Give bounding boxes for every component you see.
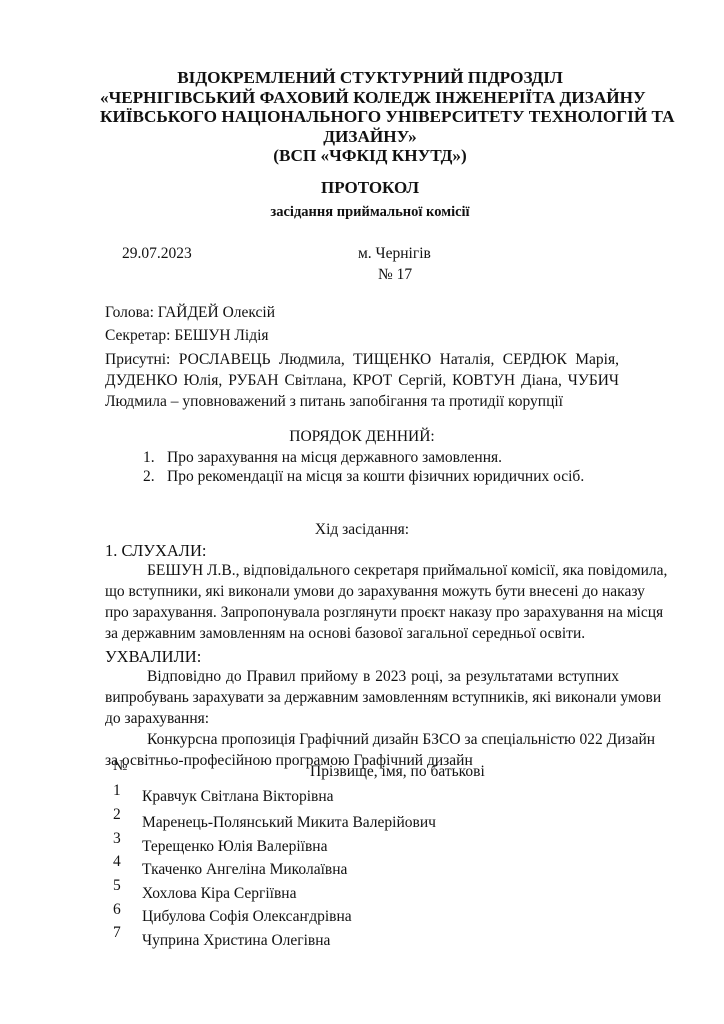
resolved-line: Відповідно до Правил прийому в 2023 році… [105, 666, 619, 687]
agenda-item-number: 1. [143, 448, 167, 467]
present-list: Присутні: РОСЛАВЕЦЬ Людмила, ТИЩЕНКО Нат… [105, 349, 619, 412]
proceedings-title: Хід засідання: [105, 521, 619, 539]
protocol-city: м. Чернігів [358, 245, 431, 263]
agenda-item-text: Про зарахування на місця державного замо… [167, 449, 502, 466]
heard-line: що вступники, які виконали умови до зара… [105, 581, 619, 602]
heard-paragraph: БЕШУН Л.В., відповідального секретаря пр… [105, 560, 619, 644]
secretary: Секретар: БЕШУН Лідія [105, 327, 269, 345]
document-page: ВІДОКРЕМЛЕНИЙ СТУКТУРНИЙ ПІДРОЗДІЛ «ЧЕРН… [0, 0, 724, 1024]
row-number: 3 [113, 830, 121, 848]
row-number: 6 [113, 901, 121, 919]
row-name: Кравчук Світлана Вікторівна [142, 788, 334, 806]
header-line: «ЧЕРНІГІВСЬКИЙ ФАХОВИЙ КОЛЕДЖ ІНЖЕНЕРІЇТ… [100, 88, 640, 108]
row-name: Чуприна Христина Олегівна [142, 932, 330, 950]
present-line: ДУДЕНКО Юлія, РУБАН Світлана, КРОТ Сергі… [105, 370, 619, 391]
present-line: Присутні: РОСЛАВЕЦЬ Людмила, ТИЩЕНКО Нат… [105, 349, 619, 370]
row-number: 5 [113, 877, 121, 895]
header-line: ВІДОКРЕМЛЕНИЙ СТУКТУРНИЙ ПІДРОЗДІЛ [100, 68, 640, 88]
proposal-line: Конкурсна пропозиція Графічний дизайн БЗ… [105, 729, 619, 750]
row-name: Хохлова Кіра Сергіївна [142, 885, 296, 903]
agenda-item-text: Про рекомендації на місця за кошти фізич… [167, 468, 584, 485]
row-name: Ткаченко Ангеліна Миколаївна [142, 861, 347, 879]
row-number: 2 [113, 806, 121, 824]
heard-line: за державним замовленням на основі базов… [105, 623, 619, 644]
resolved-label: УХВАЛИЛИ: [105, 647, 201, 667]
resolved-paragraph: Відповідно до Правил прийому в 2023 році… [105, 666, 619, 771]
protocol-subtitle: засідання приймальної комісії [100, 203, 640, 221]
agenda-list: 1.Про зарахування на місця державного за… [143, 448, 584, 486]
table-header-number: № [113, 758, 127, 775]
header-line: ДИЗАЙНУ» [100, 127, 640, 147]
institution-header: ВІДОКРЕМЛЕНИЙ СТУКТУРНИЙ ПІДРОЗДІЛ «ЧЕРН… [100, 68, 640, 166]
protocol-date: 29.07.2023 [122, 245, 192, 263]
row-number: 7 [113, 924, 121, 942]
protocol-title: ПРОТОКОЛ [100, 178, 640, 198]
header-line: КИЇВСЬКОГО НАЦІОНАЛЬНОГО УНІВЕРСИТЕТУ ТЕ… [100, 107, 640, 127]
row-number: 1 [113, 782, 121, 800]
agenda-item: 1.Про зарахування на місця державного за… [143, 448, 584, 467]
row-name: Маренець-Полянський Микита Валерійович [142, 814, 436, 832]
row-name: Цибулова Софія Олексаҥдрівна [142, 908, 352, 926]
resolved-line: випробувань зарахувати за державним замо… [105, 687, 619, 708]
row-name: Терещенко Юлія Валеріївна [142, 838, 327, 856]
agenda-item: 2.Про рекомендації на місця за кошти фіз… [143, 467, 584, 486]
present-line: Людмила – уповноважений з питань запобіг… [105, 391, 619, 412]
header-line: (ВСП «ЧФКІД КНУТД») [100, 146, 640, 166]
heard-label: 1. СЛУХАЛИ: [105, 541, 207, 561]
heard-line: БЕШУН Л.В., відповідального секретаря пр… [105, 560, 619, 581]
resolved-line: до зарахування: [105, 708, 619, 729]
table-header-name: Прізвище, імя, по батькові [310, 763, 485, 781]
row-number: 4 [113, 853, 121, 871]
protocol-number: № 17 [378, 266, 412, 284]
agenda-item-number: 2. [143, 467, 167, 486]
agenda-title: ПОРЯДОК ДЕННИЙ: [105, 428, 619, 446]
chair: Голова: ГАЙДЕЙ Олексій [105, 304, 275, 322]
heard-line: про зарахування. Запропонувала розглянут… [105, 602, 619, 623]
